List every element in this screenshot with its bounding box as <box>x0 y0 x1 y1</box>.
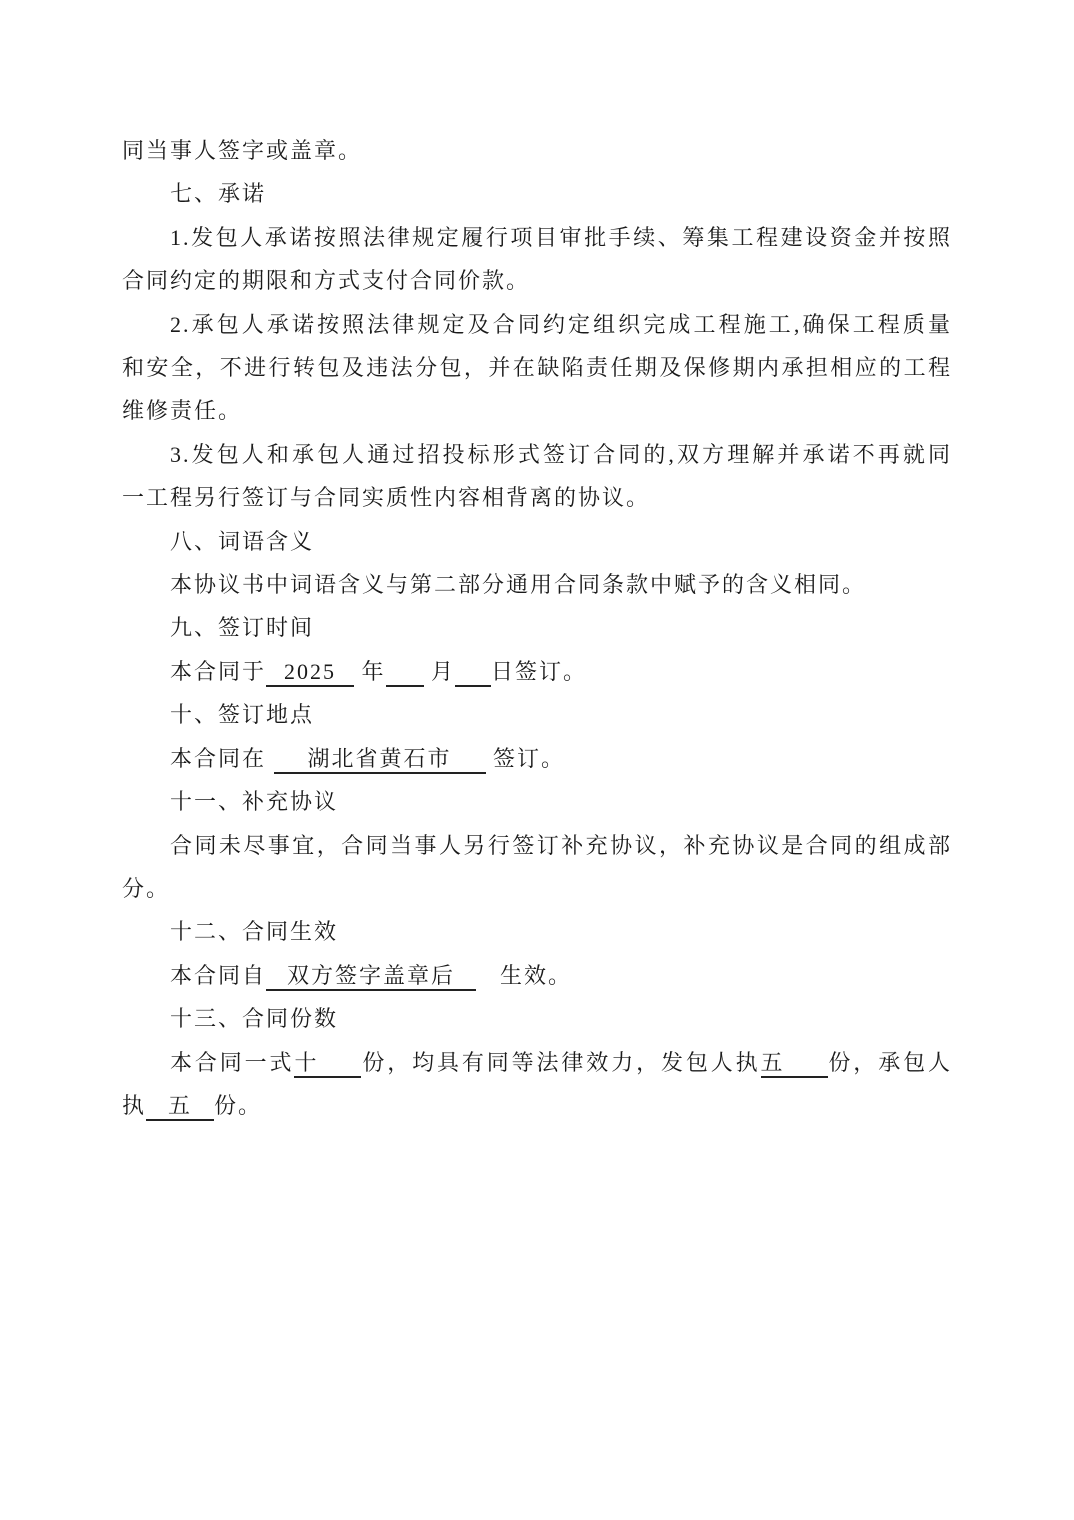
text-run: 维修责任。 <box>122 398 242 423</box>
text-run: 同当事人签字或盖章。 <box>122 138 362 163</box>
fill-in-blank: 双方签字盖章后 <box>266 963 476 991</box>
para-signing-time: 本合同于2025 年 月 日签订。 <box>122 650 952 693</box>
text-run: 3.发包人和承包人通过招投标形式签订合同的,双方理解并承诺不再就同 <box>170 442 952 467</box>
heading-7-promises: 七、承诺 <box>122 172 952 215</box>
text-run: 本合同在 <box>170 746 274 771</box>
text-run: 本合同自 <box>170 963 266 988</box>
text-run: 十一、补充协议 <box>170 789 338 814</box>
para-effectiveness: 本合同自双方签字盖章后 生效。 <box>122 954 952 997</box>
para-promise-2-line-1: 2.承包人承诺按照法律规定及合同约定组织完成工程施工,确保工程质量 <box>122 303 952 346</box>
fill-in-blank: 湖北省黄石市 <box>274 746 486 774</box>
fill-in-blank <box>386 659 424 687</box>
text-run: 份，均具有同等法律效力，发包人执 <box>361 1050 760 1075</box>
text-run: 本合同一式 <box>170 1050 294 1075</box>
text-run: 1.发包人承诺按照法律规定履行项目审批手续、筹集工程建设资金并按照 <box>170 225 952 250</box>
fill-in-blank: 五 <box>146 1093 214 1121</box>
para-promise-2-line-3: 维修责任。 <box>122 389 952 432</box>
text-run: 生效。 <box>476 963 572 988</box>
heading-12-contract-effectiveness: 十二、合同生效 <box>122 910 952 953</box>
text-run: 日签订。 <box>491 659 587 684</box>
fill-in-blank: 五 <box>761 1050 828 1078</box>
para-copies-line-2: 执五份。 <box>122 1084 952 1127</box>
para-definitions: 本协议书中词语含义与第二部分通用合同条款中赋予的含义相同。 <box>122 563 952 606</box>
para-signing-place: 本合同在 湖北省黄石市 签订。 <box>122 737 952 780</box>
fill-in-blank <box>455 659 491 687</box>
para-promise-3-line-2: 一工程另行签订与合同实质性内容相背离的协议。 <box>122 476 952 519</box>
heading-10-signing-place: 十、签订地点 <box>122 693 952 736</box>
text-run: 七、承诺 <box>170 181 266 206</box>
text-run: 分。 <box>122 876 170 901</box>
text-run: 执 <box>122 1093 146 1118</box>
text-run: 本合同于 <box>170 659 266 684</box>
text-run: 十、签订地点 <box>170 702 314 727</box>
para-promise-2-line-2: 和安全，不进行转包及违法分包，并在缺陷责任期及保修期内承担相应的工程 <box>122 346 952 389</box>
text-run: 2.承包人承诺按照法律规定及合同约定组织完成工程施工,确保工程质量 <box>170 312 952 337</box>
heading-9-signing-time: 九、签订时间 <box>122 606 952 649</box>
text-run: 八、词语含义 <box>170 529 314 554</box>
text-run: 和安全，不进行转包及违法分包，并在缺陷责任期及保修期内承担相应的工程 <box>122 355 952 380</box>
text-run: 十三、合同份数 <box>170 1006 338 1031</box>
heading-8-definitions: 八、词语含义 <box>122 520 952 563</box>
heading-13-contract-copies: 十三、合同份数 <box>122 997 952 1040</box>
text-run: 合同未尽事宜，合同当事人另行签订补充协议，补充协议是合同的组成部 <box>170 833 952 858</box>
text-run: 份，承包人 <box>828 1050 952 1075</box>
document-content: 同当事人签字或盖章。七、承诺1.发包人承诺按照法律规定履行项目审批手续、筹集工程… <box>122 129 952 1127</box>
para-supplementary-line-1: 合同未尽事宜，合同当事人另行签订补充协议，补充协议是合同的组成部 <box>122 824 952 867</box>
para-promise-1-line-1: 1.发包人承诺按照法律规定履行项目审批手续、筹集工程建设资金并按照 <box>122 216 952 259</box>
text-run: 本协议书中词语含义与第二部分通用合同条款中赋予的含义相同。 <box>170 572 866 597</box>
para-signature-continuation: 同当事人签字或盖章。 <box>122 129 952 172</box>
text-run: 十二、合同生效 <box>170 919 338 944</box>
para-supplementary-line-2: 分。 <box>122 867 952 910</box>
text-run: 签订。 <box>486 746 566 771</box>
fill-in-blank: 十 <box>294 1050 361 1078</box>
fill-in-blank: 2025 <box>266 659 354 687</box>
document-page: 同当事人签字或盖章。七、承诺1.发包人承诺按照法律规定履行项目审批手续、筹集工程… <box>0 0 1074 1520</box>
text-run: 一工程另行签订与合同实质性内容相背离的协议。 <box>122 485 650 510</box>
text-run: 年 <box>354 659 386 684</box>
heading-11-supplementary-agreement: 十一、补充协议 <box>122 780 952 823</box>
text-run: 份。 <box>214 1093 262 1118</box>
para-promise-3-line-1: 3.发包人和承包人通过招投标形式签订合同的,双方理解并承诺不再就同 <box>122 433 952 476</box>
text-run: 合同约定的期限和方式支付合同价款。 <box>122 268 530 293</box>
text-run: 九、签订时间 <box>170 615 314 640</box>
text-run: 月 <box>424 659 456 684</box>
para-promise-1-line-2: 合同约定的期限和方式支付合同价款。 <box>122 259 952 302</box>
para-copies-line-1: 本合同一式十份，均具有同等法律效力，发包人执五份，承包人 <box>122 1041 952 1084</box>
